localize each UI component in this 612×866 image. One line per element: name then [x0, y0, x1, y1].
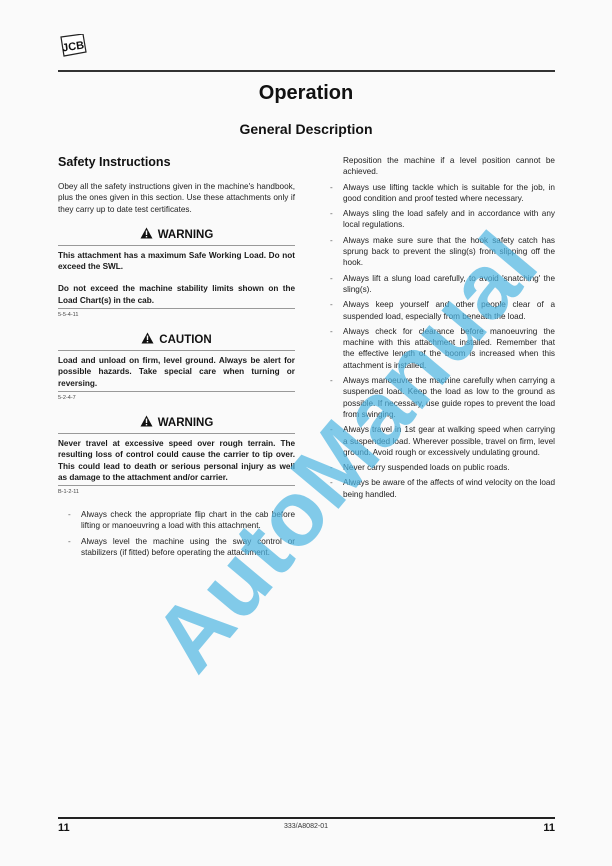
- notice-body: Load and unload on firm, level ground. A…: [58, 351, 295, 392]
- notice-paragraph: This attachment has a maximum Safe Worki…: [58, 250, 295, 273]
- page-title: Operation: [0, 82, 612, 105]
- notice-label: CAUTION: [159, 334, 211, 346]
- section-heading: Safety Instructions: [58, 155, 295, 169]
- jcb-logo: JCB: [59, 34, 87, 60]
- list-item: Always lift a slung load carefully, to a…: [328, 273, 555, 296]
- notice-paragraph: Never travel at excessive speed over rou…: [58, 438, 295, 483]
- notice-body: This attachment has a maximum Safe Worki…: [58, 246, 295, 309]
- notice-code: 5-5-4-11: [58, 312, 295, 318]
- list-item: Always use lifting tackle which is suita…: [328, 182, 555, 205]
- list-item: Always travel in 1st gear at walking spe…: [328, 424, 555, 458]
- warning-triangle-icon: [140, 227, 153, 242]
- notice-code: 5-2-4-7: [58, 395, 295, 401]
- list-item: Always check for clearance before manoeu…: [328, 326, 555, 371]
- notices: WARNINGThis attachment has a maximum Saf…: [58, 227, 295, 495]
- notice-heading: WARNING: [58, 415, 295, 434]
- page-number-right: 11: [543, 822, 555, 834]
- notice-heading: WARNING: [58, 227, 295, 246]
- warning-triangle-icon: [140, 415, 153, 430]
- notice-body: Never travel at excessive speed over rou…: [58, 434, 295, 486]
- warning-triangle-icon: [141, 332, 154, 347]
- header-rule: [58, 70, 555, 72]
- list-item: Always level the machine using the sway …: [66, 536, 295, 559]
- notice-label: WARNING: [158, 229, 214, 241]
- footer-rule: [58, 817, 555, 819]
- list-item: Never carry suspended loads on public ro…: [328, 462, 555, 473]
- list-item: Always check the appropriate flip chart …: [66, 509, 295, 532]
- notice-label: WARNING: [158, 417, 214, 429]
- notice-warning: WARNINGNever travel at excessive speed o…: [58, 415, 295, 495]
- intro-paragraph: Obey all the safety instructions given i…: [58, 181, 295, 215]
- list-item: Always manoeuvre the machine carefully w…: [328, 375, 555, 420]
- page-subtitle: General Description: [0, 121, 612, 137]
- notice-heading: CAUTION: [58, 332, 295, 351]
- list-item: Always be aware of the affects of wind v…: [328, 477, 555, 500]
- list-item: Always sling the load safely and in acco…: [328, 208, 555, 231]
- right-bullet-list: Always use lifting tackle which is suita…: [328, 182, 555, 500]
- document-code: 333/A8082-01: [0, 823, 612, 830]
- notice-caution: CAUTIONLoad and unload on firm, level gr…: [58, 332, 295, 401]
- left-bullet-list: Always check the appropriate flip chart …: [66, 509, 295, 558]
- notice-warning: WARNINGThis attachment has a maximum Saf…: [58, 227, 295, 318]
- list-item: Always keep yourself and other people cl…: [328, 299, 555, 322]
- continued-text: Reposition the machine if a level positi…: [328, 155, 555, 178]
- notice-paragraph: Load and unload on firm, level ground. A…: [58, 355, 295, 389]
- notice-code: B-1-2-11: [58, 489, 295, 495]
- left-column: Safety Instructions Obey all the safety …: [58, 155, 295, 562]
- list-item: Always make sure sure that the hook safe…: [328, 235, 555, 269]
- notice-paragraph: Do not exceed the machine stability limi…: [58, 283, 295, 306]
- right-column: Reposition the machine if a level positi…: [328, 155, 555, 504]
